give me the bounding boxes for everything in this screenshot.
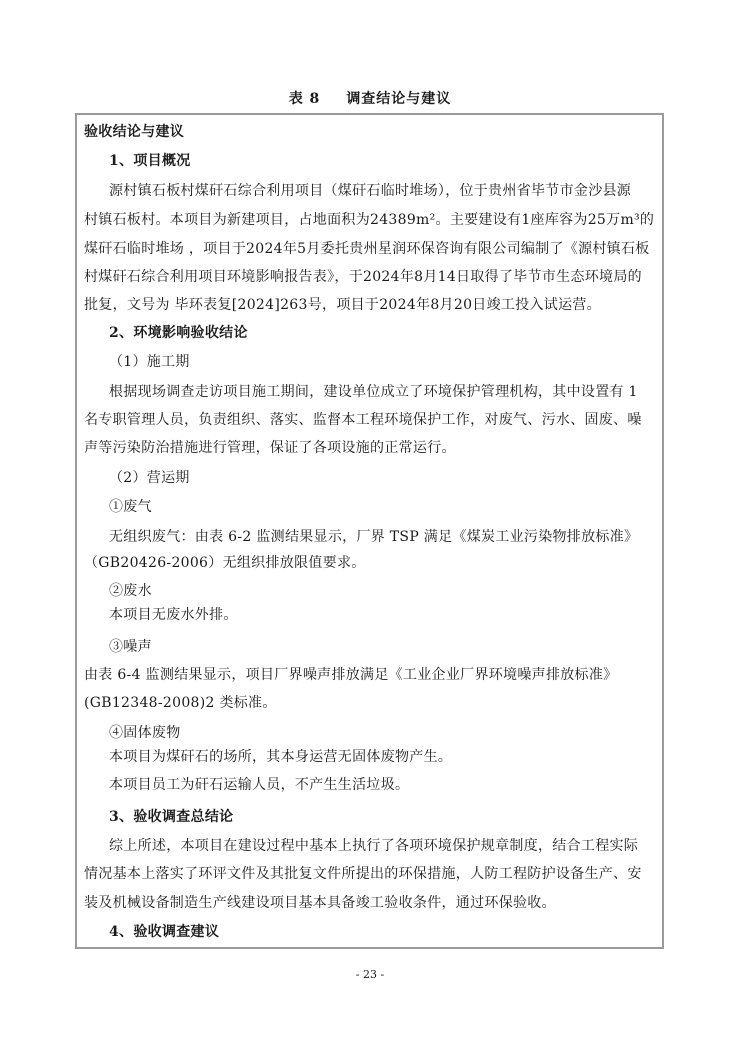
- table-number: 表 8: [289, 91, 321, 107]
- construction-line: 声等污染防治措施进行管理，保证了各项设施的正常运行。: [84, 437, 456, 457]
- conclusion-line: 情况基本上落实了环评文件及其批复文件所提出的环保措施，人防工程防护设备生产、安: [84, 863, 642, 883]
- gas-line: （GB20426-2006）无组织排放限值要求。: [84, 552, 366, 572]
- solid-line: 本项目为煤矸石的场所，其本身运营无固体废物产生。: [109, 746, 452, 766]
- construction-line: 名专职管理人员，负责组织、落实、监督本工程环境保护工作，对废气、污水、固废、噪: [84, 409, 642, 429]
- table-title: 调查结论与建议: [346, 91, 451, 107]
- heading-overall-conclusion: 3、验收调查总结论: [109, 806, 233, 826]
- water-line: 本项目无废水外排。: [109, 604, 238, 624]
- heading-recommendations: 4、验收调查建议: [109, 921, 219, 941]
- conclusion-line: 综上所述，本项目在建设过程中基本上执行了各项环境保护规章制度，结合工程实际: [109, 835, 638, 855]
- heading-env-impact: 2、环境影响验收结论: [109, 322, 248, 342]
- page-number: - 23 -: [0, 968, 740, 981]
- heading-construction-period: （1）施工期: [109, 351, 190, 371]
- heading-waste-gas: ①废气: [109, 496, 152, 516]
- heading-waste-water: ②废水: [109, 580, 152, 600]
- heading-noise: ③噪声: [109, 636, 152, 656]
- overview-line: 源村镇石板村煤矸石综合利用项目（煤矸石临时堆场），位于贵州省毕节市金沙县源: [109, 180, 631, 200]
- gas-line: 无组织废气：由表 6-2 监测结果显示，厂界 TSP 满足《煤炭工业污染物排放标…: [109, 526, 638, 546]
- solid-line: 本项目员工为矸石运输人员，不产生生活垃圾。: [109, 774, 409, 794]
- construction-line: 根据现场调查走访项目施工期间，建设单位成立了环境保护管理机构，其中设置有 1: [109, 381, 638, 401]
- overview-line: 煤矸石临时堆场 ，项目于2024年5月委托贵州星润环保咨询有限公司编制了《源村镇…: [84, 238, 650, 258]
- section-title: 验收结论与建议: [84, 121, 184, 141]
- heading-operation-period: （2）营运期: [109, 467, 190, 487]
- noise-line: (GB12348-2008)2 类标准。: [84, 692, 277, 712]
- overview-line: 批复，文号为 毕环表复[2024]263号，项目于2024年8月20日竣工投入试…: [84, 294, 601, 314]
- overview-line: 村镇石板村。本项目为新建项目，占地面积为24389m²。主要建设有1座库容为25…: [84, 209, 654, 229]
- heading-solid-waste: ④固体废物: [109, 722, 181, 742]
- heading-project-overview: 1、项目概况: [109, 150, 191, 170]
- table-caption: 表 8调查结论与建议: [0, 88, 740, 108]
- conclusion-line: 装及机械设备制造生产线建设项目基本具备竣工验收条件，通过环保验收。: [84, 892, 556, 912]
- overview-line: 村煤矸石综合利用项目环境影响报告表》，于2024年8月14日取得了毕节市生态环境…: [84, 266, 642, 286]
- noise-line: 由表 6-4 监测结果显示，项目厂界噪声排放满足《工业企业厂界环境噪声排放标准》: [84, 664, 617, 684]
